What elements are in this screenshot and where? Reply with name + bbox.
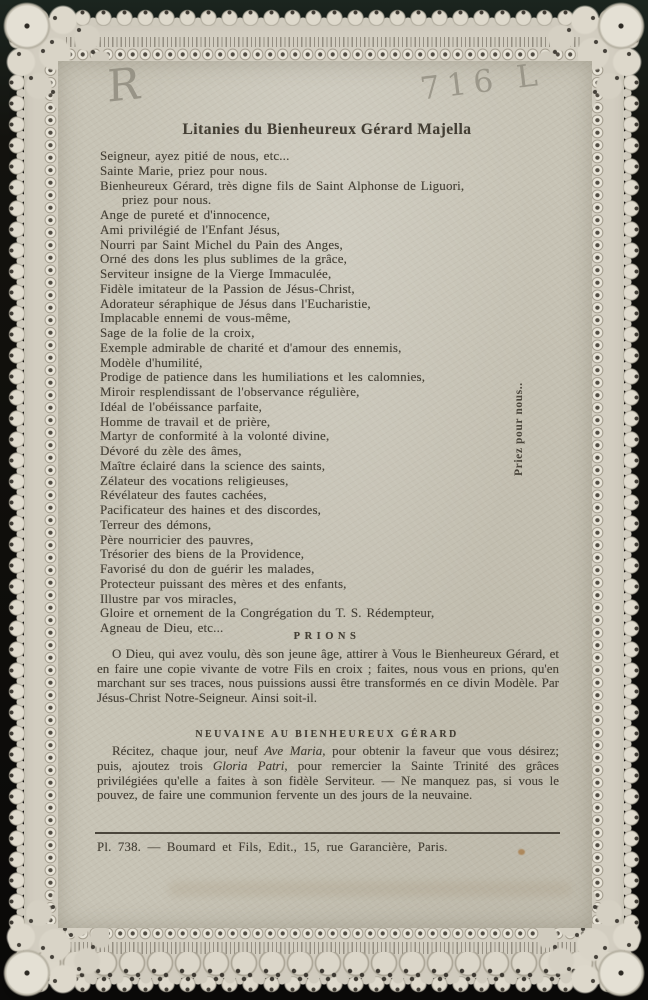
- litany-line: Nourri par Saint Michel du Pain des Ange…: [100, 238, 574, 253]
- litany-line: Sainte Marie, priez pour nous.: [100, 164, 574, 179]
- publisher-imprint: Pl. 738. — Boumard et Fils, Edit., 15, r…: [97, 840, 559, 855]
- litany-line: Zélateur des vocations religieuses,: [100, 474, 574, 489]
- litany-line: Illustre par vos miracles,: [100, 592, 574, 607]
- neuvaine-paragraph: Récitez, chaque jour, neuf Ave Maria, po…: [97, 744, 559, 803]
- holy-card-photo: R 716 L Litanies du Bienheureux Gérard M…: [0, 0, 648, 1000]
- litany-line: Idéal de l'obéissance parfaite,: [100, 400, 574, 415]
- litany-line: Bienheureux Gérard, très digne fils de S…: [100, 179, 574, 194]
- litany-line: Ami privilégié de l'Enfant Jésus,: [100, 223, 574, 238]
- latin-phrase-italic: Gloria Patri: [213, 758, 285, 773]
- litany-line: Martyr de conformité à la volonté divine…: [100, 429, 574, 444]
- litany-line: Gloire et ornement de la Congrégation du…: [100, 606, 574, 621]
- litany-line: Implacable ennemi de vous-même,: [100, 311, 574, 326]
- litany-line: Seigneur, ayez pitié de nous, etc...: [100, 149, 574, 164]
- litany-line: priez pour nous.: [100, 193, 574, 208]
- litany-line: Fidèle imitateur de la Passion de Jésus-…: [100, 282, 574, 297]
- litany-line: Terreur des démons,: [100, 518, 574, 533]
- litany-line: Miroir resplendissant de l'observance ré…: [100, 385, 574, 400]
- latin-phrase-italic: Ave Maria: [264, 743, 322, 758]
- litany-line: Maître éclairé dans la science des saint…: [100, 459, 574, 474]
- litany-line: Dévoré du zèle des âmes,: [100, 444, 574, 459]
- lace-scallop-band-bottom: [34, 952, 614, 986]
- card-title: Litanies du Bienheureux Gérard Majella: [92, 121, 562, 139]
- litany-line: Exemple admirable de charité et d'amour …: [100, 341, 574, 356]
- prions-prayer-paragraph: O Dieu, qui avez voulu, dès son jeune âg…: [97, 647, 559, 706]
- litany-line: Protecteur puissant des mères et des enf…: [100, 577, 574, 592]
- neuvaine-heading: NEUVAINE AU BIENHEUREUX GÉRARD: [92, 729, 562, 740]
- litany-line: Adorateur séraphique de Jésus dans l'Euc…: [100, 297, 574, 312]
- lace-edge-right: [623, 30, 643, 970]
- litany-line: Orné des dons les plus sublimes de la gr…: [100, 252, 574, 267]
- vertical-response-note: Priez pour nous..: [513, 334, 525, 476]
- lace-edge-top: [30, 6, 618, 26]
- lace-comb-top: [66, 37, 582, 47]
- prions-heading: PRIONS: [92, 631, 562, 642]
- pencil-mark-letter: R: [107, 58, 141, 113]
- eyelet-chain-right: [591, 64, 604, 924]
- litany-line: Serviteur insigne de la Vierge Immaculée…: [100, 267, 574, 282]
- eyelet-chain-top: [64, 48, 584, 61]
- litany-line: Trésorier des biens de la Providence,: [100, 547, 574, 562]
- litany-line: Pacificateur des haines et des discordes…: [100, 503, 574, 518]
- lace-edge-left: [5, 30, 25, 970]
- eyelet-chain-left: [44, 64, 57, 924]
- litany-line: Prodige de patience dans les humiliation…: [100, 370, 574, 385]
- litany-line: Ange de pureté et d'innocence,: [100, 208, 574, 223]
- litany-line: Père nourricier des pauvres,: [100, 533, 574, 548]
- litany-line: Sage de la folie de la croix,: [100, 326, 574, 341]
- neuvaine-text-segment: Récitez, chaque jour, neuf: [112, 743, 264, 758]
- eyelet-chain-bottom: [64, 927, 584, 940]
- litany-list: Seigneur, ayez pitié de nous, etc...Sain…: [100, 149, 574, 636]
- litany-line: Modèle d'humilité,: [100, 356, 574, 371]
- paper-stain: [168, 881, 572, 897]
- litany-line: Révélateur des fautes cachées,: [100, 488, 574, 503]
- rust-spot: [518, 849, 525, 855]
- litany-line: Homme de travail et de prière,: [100, 415, 574, 430]
- litany-line: Favorisé du don de guérir les malades,: [100, 562, 574, 577]
- footer-divider-rule: [95, 832, 560, 834]
